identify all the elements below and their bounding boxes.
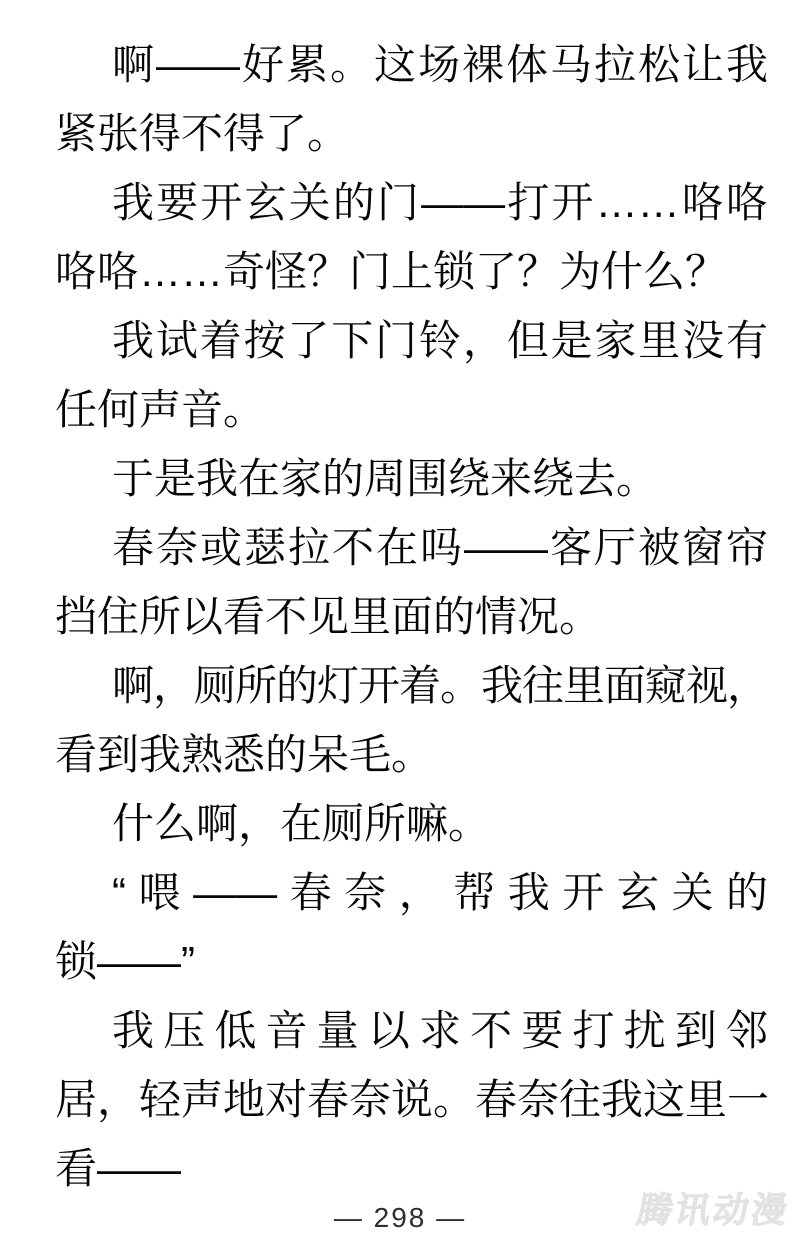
- text-line: “喂——春奈，帮我开玄关的: [55, 858, 768, 927]
- text-line: 居，轻声地对春奈说。春奈往我这里一: [55, 1065, 768, 1134]
- text-line: 锁——”: [55, 927, 768, 996]
- text-line: 我压低音量以求不要打扰到邻: [55, 996, 768, 1065]
- text-line: 紧张得不得了。: [55, 99, 768, 168]
- text-line: 什么啊，在厕所嘛。: [55, 789, 768, 858]
- text-line: 挡住所以看不见里面的情况。: [55, 582, 768, 651]
- text-line: 于是我在家的周围绕来绕去。: [55, 444, 768, 513]
- text-line: 啊，厕所的灯开着。我往里面窥视，: [55, 651, 768, 720]
- ebook-page: 啊——好累。这场裸体马拉松让我 紧张得不得了。 我要开玄关的门——打开……咯咯 …: [0, 0, 800, 1245]
- novel-text-block: 啊——好累。这场裸体马拉松让我 紧张得不得了。 我要开玄关的门——打开……咯咯 …: [55, 30, 768, 1203]
- text-line: 我要开玄关的门——打开……咯咯: [55, 168, 768, 237]
- tencent-comics-watermark-logo: 腾讯动漫: [634, 1183, 795, 1233]
- text-line: 任何声音。: [55, 375, 768, 444]
- text-line: 啊——好累。这场裸体马拉松让我: [55, 30, 768, 99]
- text-line: 看到我熟悉的呆毛。: [55, 720, 768, 789]
- text-line: 咯咯……奇怪？门上锁了？为什么？: [55, 237, 768, 306]
- text-line: 我试着按了下门铃，但是家里没有: [55, 306, 768, 375]
- text-line: 春奈或瑟拉不在吗——客厅被窗帘: [55, 513, 768, 582]
